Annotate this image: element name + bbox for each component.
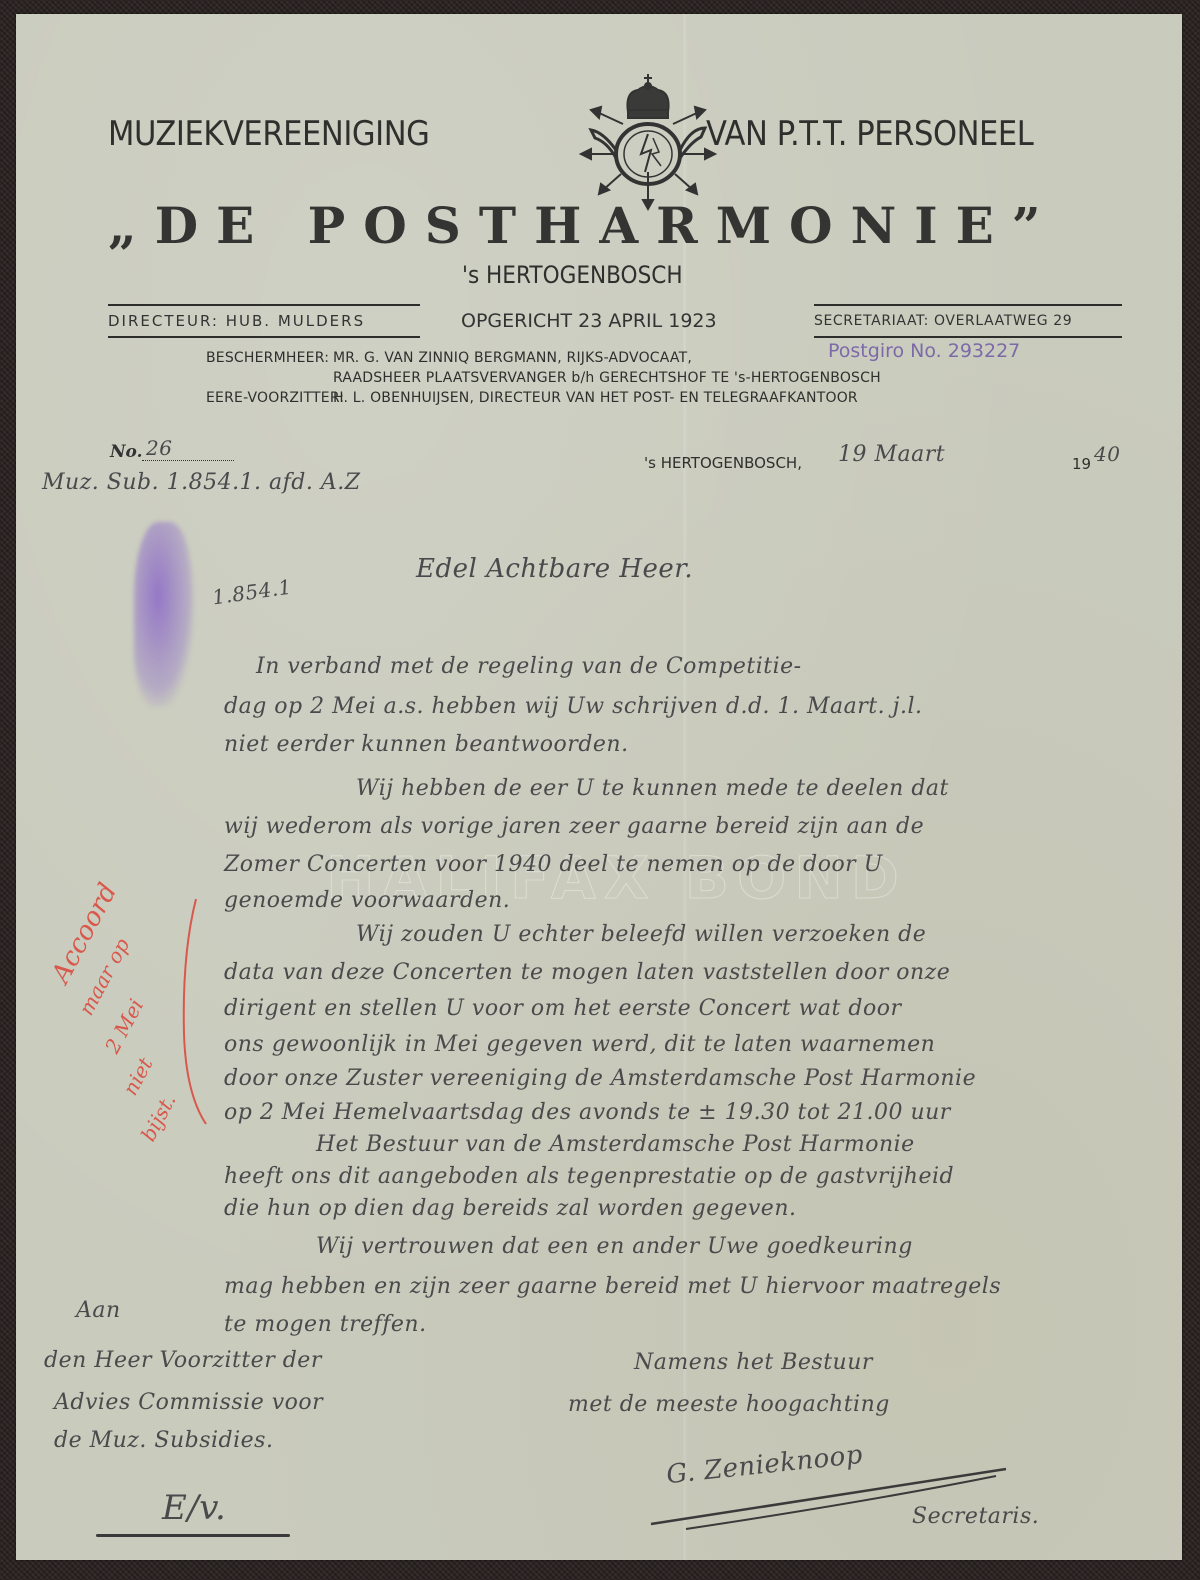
body-line: Zomer Concerten voor 1940 deel te nemen … [224, 852, 883, 877]
body-line: Wij zouden U echter beleefd willen verzo… [356, 922, 926, 947]
rule-left-top [108, 304, 420, 306]
body-line: niet eerder kunnen beantwoorden. [224, 732, 629, 757]
body-line: ons gewoonlijk in Mei gegeven werd, dit … [224, 1032, 935, 1057]
secretariat-address: SECRETARIAAT: OVERLAATWEG 29 [814, 313, 1072, 329]
body-line: data van deze Concerten te mogen laten v… [224, 960, 950, 985]
body-line: Wij vertrouwen dat een en ander Uwe goed… [316, 1234, 913, 1259]
number-label: No. [110, 442, 143, 462]
body-line: mag hebben en zijn zeer gaarne bereid me… [224, 1274, 1001, 1299]
red-bracket-icon [174, 894, 214, 1134]
purple-ink-stamp [134, 522, 194, 707]
director-label: DIRECTEUR: HUB. MULDERS [108, 312, 365, 330]
recipient-line-1: Aan [76, 1298, 121, 1323]
red-annotation-line-3: 2 Mei [100, 995, 148, 1057]
body-line: genoemde voorwaarden. [224, 888, 510, 913]
date-handwritten: 19 Maart [838, 442, 945, 467]
body-line: die hun op dien dag bereids zal worden g… [224, 1196, 796, 1221]
honorary-chair-text: H. L. OBENHUIJSEN, DIRECTEUR VAN HET POS… [333, 390, 858, 406]
place-label: 's HERTOGENBOSCH, [644, 454, 802, 472]
recipient-line-2: den Heer Voorzitter der [44, 1348, 322, 1373]
founded-date: OPGERICHT 23 APRIL 1923 [461, 310, 717, 332]
rule-right-bottom [814, 336, 1122, 338]
recipient-initials: E/v. [162, 1488, 226, 1528]
letter-sheet: MUZIEKVEREENIGING VAN P.T.T. PERSONEEL „… [16, 14, 1182, 1560]
number-dotted-line [142, 460, 234, 461]
reference-number: Muz. Sub. 1.854.1. afd. A.Z [42, 470, 361, 495]
postgiro-stamp: Postgiro No. 293227 [828, 340, 1020, 362]
letterhead-name: „DE POSTHARMONIE” [108, 196, 1059, 255]
body-line: te mogen treffen. [224, 1312, 427, 1337]
body-line: door onze Zuster vereeniging de Amsterda… [224, 1066, 976, 1091]
initials-underline [96, 1534, 290, 1537]
year-suffix: 40 [1094, 442, 1120, 466]
body-line: Het Bestuur van de Amsterdamsche Post Ha… [316, 1132, 915, 1157]
salutation: Edel Achtbare Heer. [416, 554, 693, 584]
honorary-chair-label: EERE-VOORZITTER: [206, 390, 344, 406]
crown-posthorn-lightning-emblem-icon [573, 62, 723, 212]
margin-note: 1.854.1 [211, 575, 293, 610]
closing-line-2: met de meeste hoogachting [568, 1392, 890, 1417]
letterhead-title-right: VAN P.T.T. PERSONEEL [706, 114, 1033, 154]
body-line: dag op 2 Mei a.s. hebben wij Uw schrijve… [224, 694, 922, 719]
letterhead-title-left: MUZIEKVEREENIGING [108, 114, 429, 154]
number-value: 26 [146, 436, 172, 460]
letterhead-city: 's HERTOGENBOSCH [462, 261, 683, 289]
patron-label: BESCHERMHEER: [206, 350, 329, 366]
body-line: Wij hebben de eer U te kunnen mede te de… [356, 776, 949, 801]
recipient-line-4: de Muz. Subsidies. [54, 1428, 273, 1453]
body-line: dirigent en stellen U voor om het eerste… [224, 996, 901, 1021]
body-line: op 2 Mei Hemelvaartsdag des avonds te ± … [224, 1100, 951, 1125]
rule-left-bottom [108, 336, 420, 338]
body-line: wij wederom als vorige jaren zeer gaarne… [224, 814, 924, 839]
signature-title: Secretaris. [912, 1504, 1039, 1529]
body-line: heeft ons dit aangeboden als tegenpresta… [224, 1164, 954, 1189]
closing-line-1: Namens het Bestuur [634, 1350, 873, 1375]
red-annotation-line-4: niet [118, 1053, 158, 1099]
recipient-line-3: Advies Commissie voor [54, 1390, 323, 1415]
rule-right-top [814, 304, 1122, 306]
year-prefix: 19 [1072, 455, 1091, 473]
patron-line-2: RAADSHEER PLAATSVERVANGER b/h GERECHTSHO… [333, 370, 881, 386]
body-line: In verband met de regeling van de Compet… [256, 654, 802, 679]
patron-line-1: MR. G. VAN ZINNIQ BERGMANN, RIJKS-ADVOCA… [333, 350, 692, 366]
